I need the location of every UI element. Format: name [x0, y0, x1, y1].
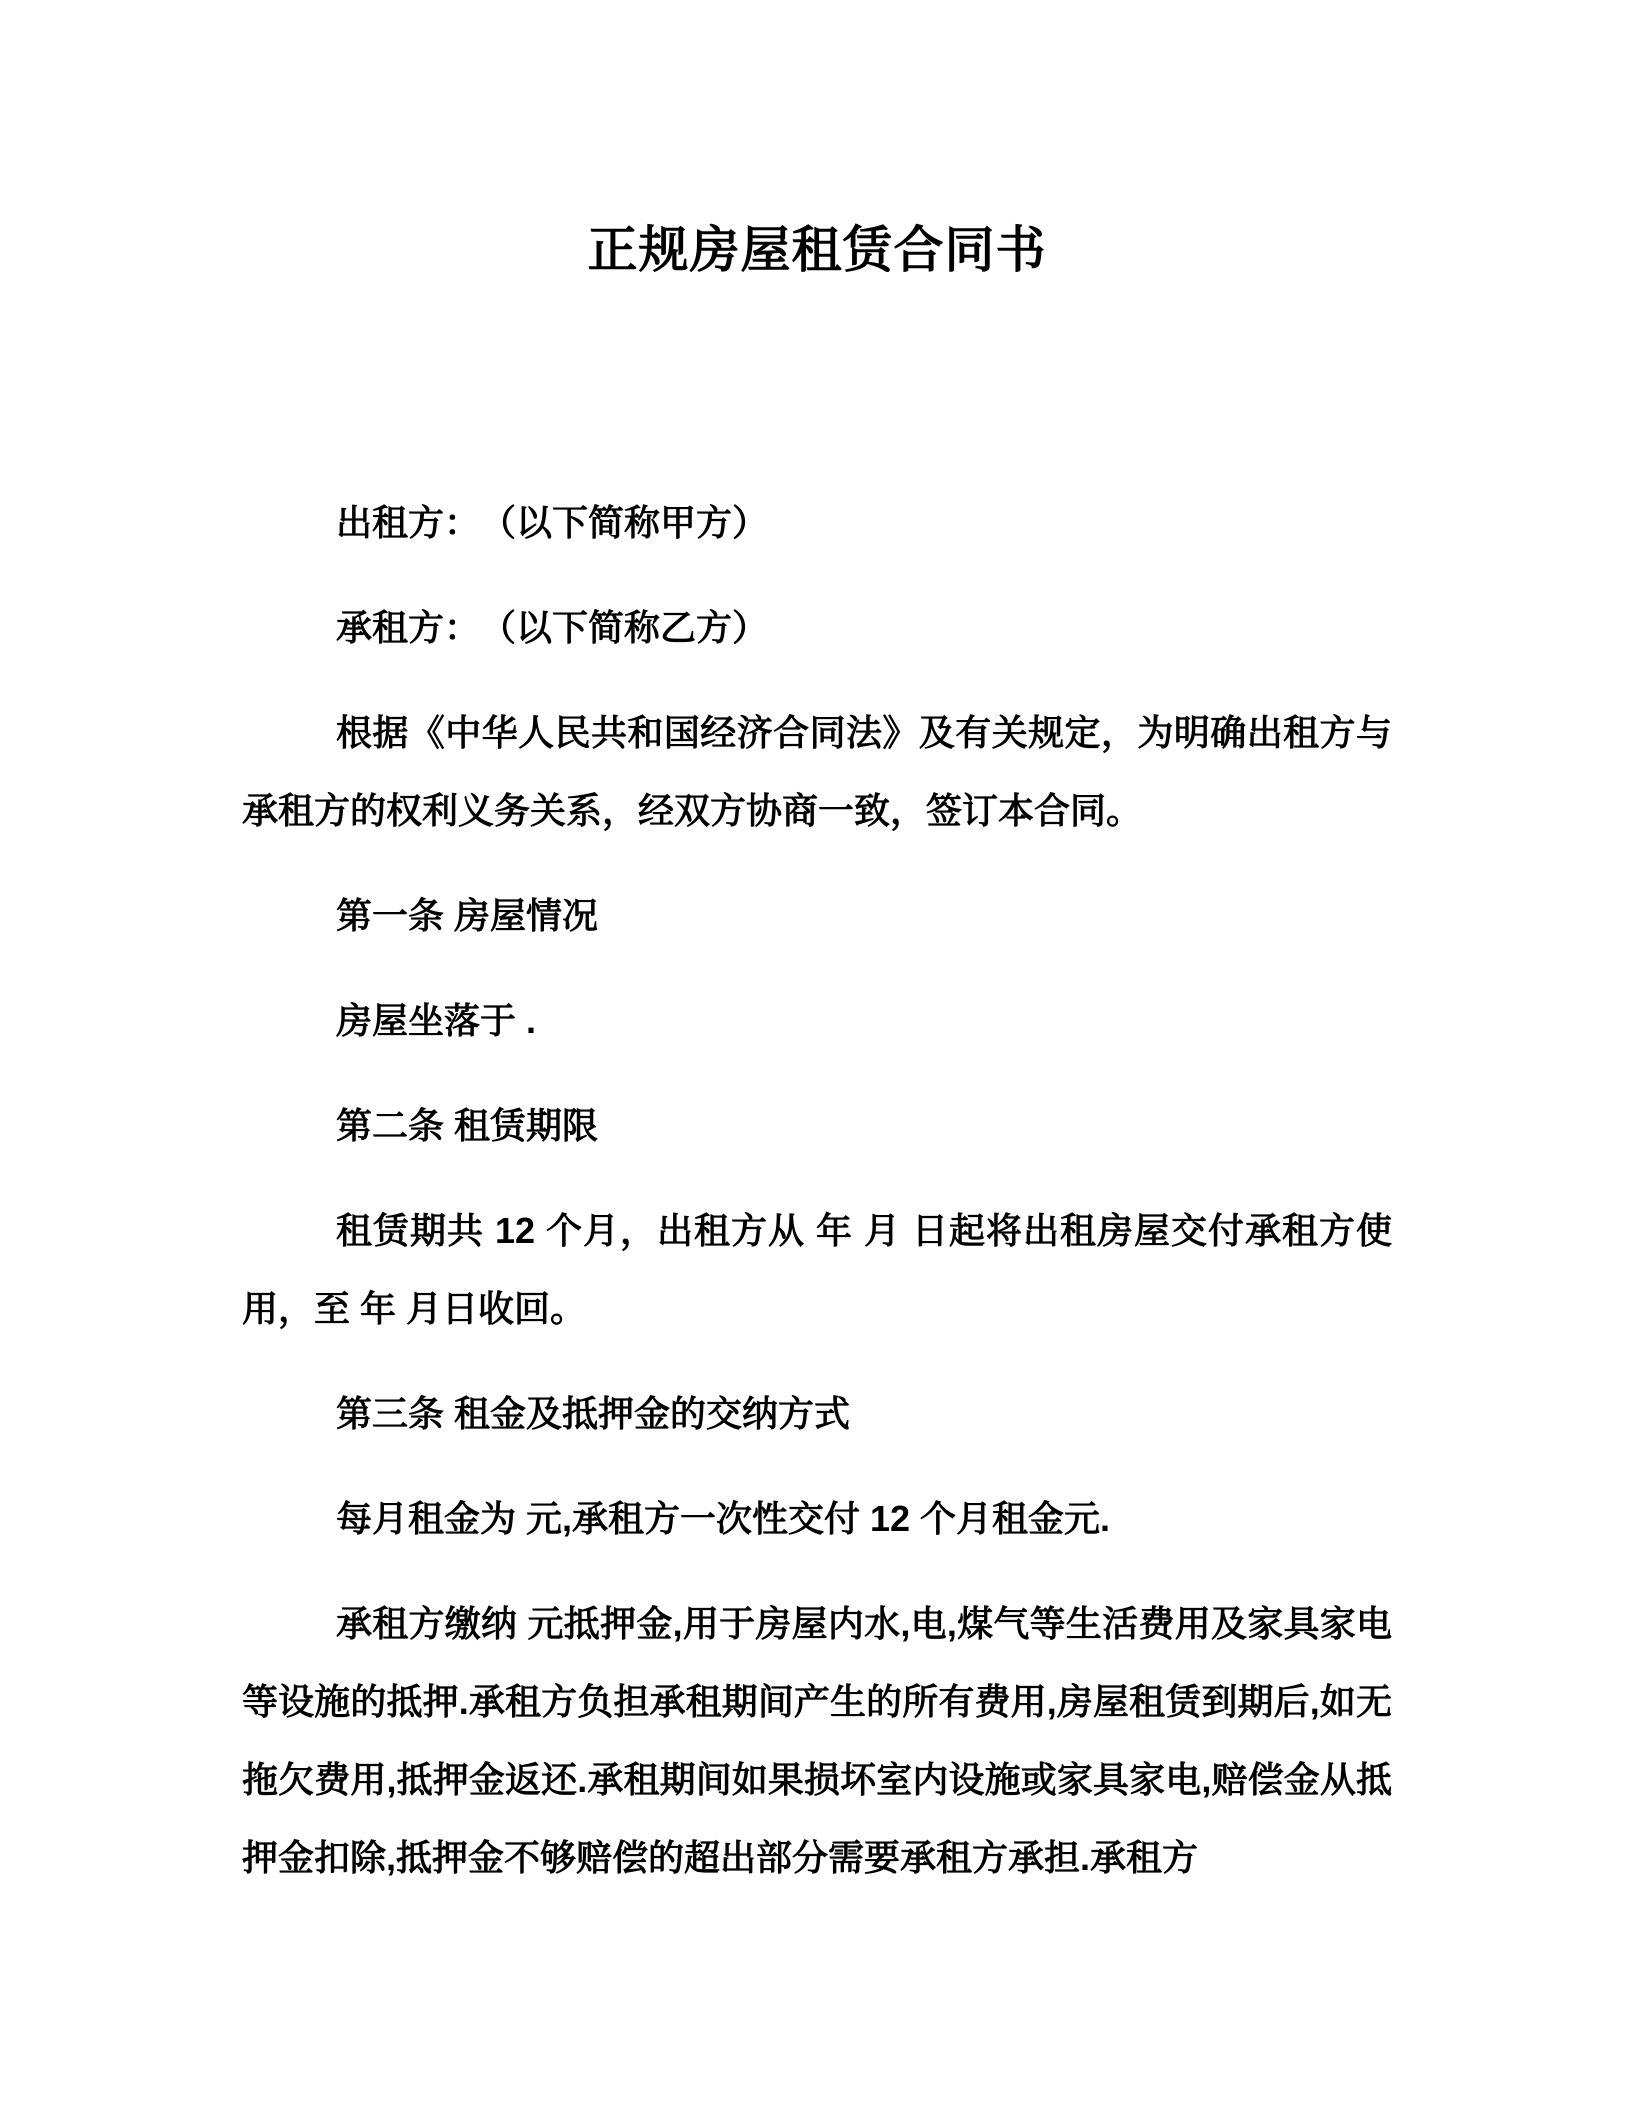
party-b-line: 承租方： （以下简称乙方） — [242, 589, 1392, 667]
contract-document-page: 正规房屋租赁合同书 出租方： （以下简称甲方） 承租方： （以下简称乙方） 根据… — [0, 0, 1632, 2112]
premises-location-line: 房屋坐落于 . — [242, 982, 1392, 1060]
document-title-text: 正规房屋租赁合同书 — [588, 222, 1047, 278]
article-1-heading: 第一条 房屋情况 — [242, 877, 1392, 955]
article-3-heading: 第三条 租金及抵押金的交纳方式 — [242, 1375, 1392, 1453]
preamble-paragraph: 根据《中华人民共和国经济合同法》及有关规定，为明确出租方与承租方的权利义务关系，… — [242, 694, 1392, 850]
deposit-terms-paragraph: 承租方缴纳 元抵押金,用于房屋内水,电,煤气等生活费用及家具家电等设施的抵押.承… — [242, 1585, 1392, 1897]
document-title: 正规房屋租赁合同书 — [242, 0, 1392, 278]
party-a-line: 出租方： （以下简称甲方） — [242, 484, 1392, 562]
lease-term-paragraph: 租赁期共 12 个月，出租方从 年 月 日起将出租房屋交付承租方使用，至 年 月… — [242, 1192, 1392, 1348]
rent-payment-line: 每月租金为 元,承租方一次性交付 12 个月租金元. — [242, 1480, 1392, 1558]
article-2-heading: 第二条 租赁期限 — [242, 1087, 1392, 1165]
